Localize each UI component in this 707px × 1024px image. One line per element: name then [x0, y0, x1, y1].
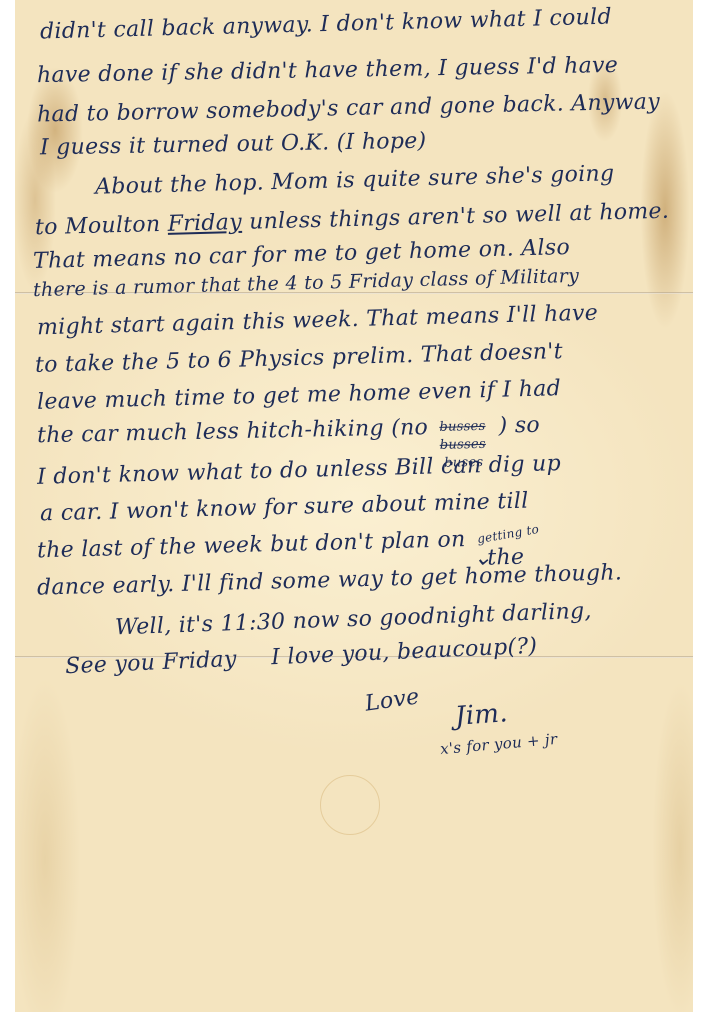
letter-line: About the hop. Mom is quite sure she's g…: [95, 161, 615, 200]
letter-line: I don't know what to do unless Bill can …: [37, 451, 562, 490]
letter-line: to take the 5 to 6 Physics prelim. That …: [35, 339, 563, 378]
struck-word: busses: [440, 437, 487, 453]
letter-text: See you Friday: [65, 647, 238, 679]
letter-text: the last of the week but don't plan on: [37, 527, 466, 563]
letter-text: the car much less hitch-hiking (no: [37, 415, 429, 448]
struck-word: busses: [439, 419, 486, 435]
letter-line: I guess it turned out O.K. (I hope): [40, 129, 427, 161]
letter-line: didn't call back anyway. I don't know wh…: [40, 5, 612, 45]
letter-line: See you Friday I love you, beaucoup(?): [65, 634, 538, 680]
letter-line: leave much time to get me home even if I…: [37, 376, 562, 415]
letter-closing: Love: [364, 684, 421, 716]
underlined-word: Friday: [167, 210, 242, 237]
letter-line: the last of the week but don't plan on g…: [37, 526, 523, 564]
letter-line: had to borrow somebody's car and gone ba…: [37, 89, 660, 127]
paper-watermark: [320, 775, 380, 835]
letter-line: might start again this week. That means …: [37, 301, 599, 341]
correction: busses busses buses: [436, 433, 492, 434]
letter-text: ) so: [498, 413, 540, 439]
letter-line: dance early. I'll find some way to get h…: [37, 560, 623, 600]
letter-text: unless things aren't so well at home.: [249, 199, 670, 235]
postscript: x's for you + jr: [439, 730, 558, 758]
insertion: getting to ⌄ the: [473, 545, 523, 546]
signature: Jim.: [454, 698, 509, 732]
letter-text: I love you, beaucoup(?): [271, 634, 538, 671]
letter-paper: didn't call back anyway. I don't know wh…: [15, 0, 693, 1012]
letter-line: to Moulton Friday unless things aren't s…: [35, 199, 670, 241]
letter-line: the car much less hitch-hiking (no busse…: [37, 413, 540, 449]
letter-text: to Moulton: [35, 212, 161, 240]
letter-line: a car. I won't know for sure about mine …: [40, 489, 529, 527]
inserted-phrase: getting to: [476, 522, 540, 546]
letter-line: have done if she didn't have them, I gue…: [37, 53, 618, 88]
